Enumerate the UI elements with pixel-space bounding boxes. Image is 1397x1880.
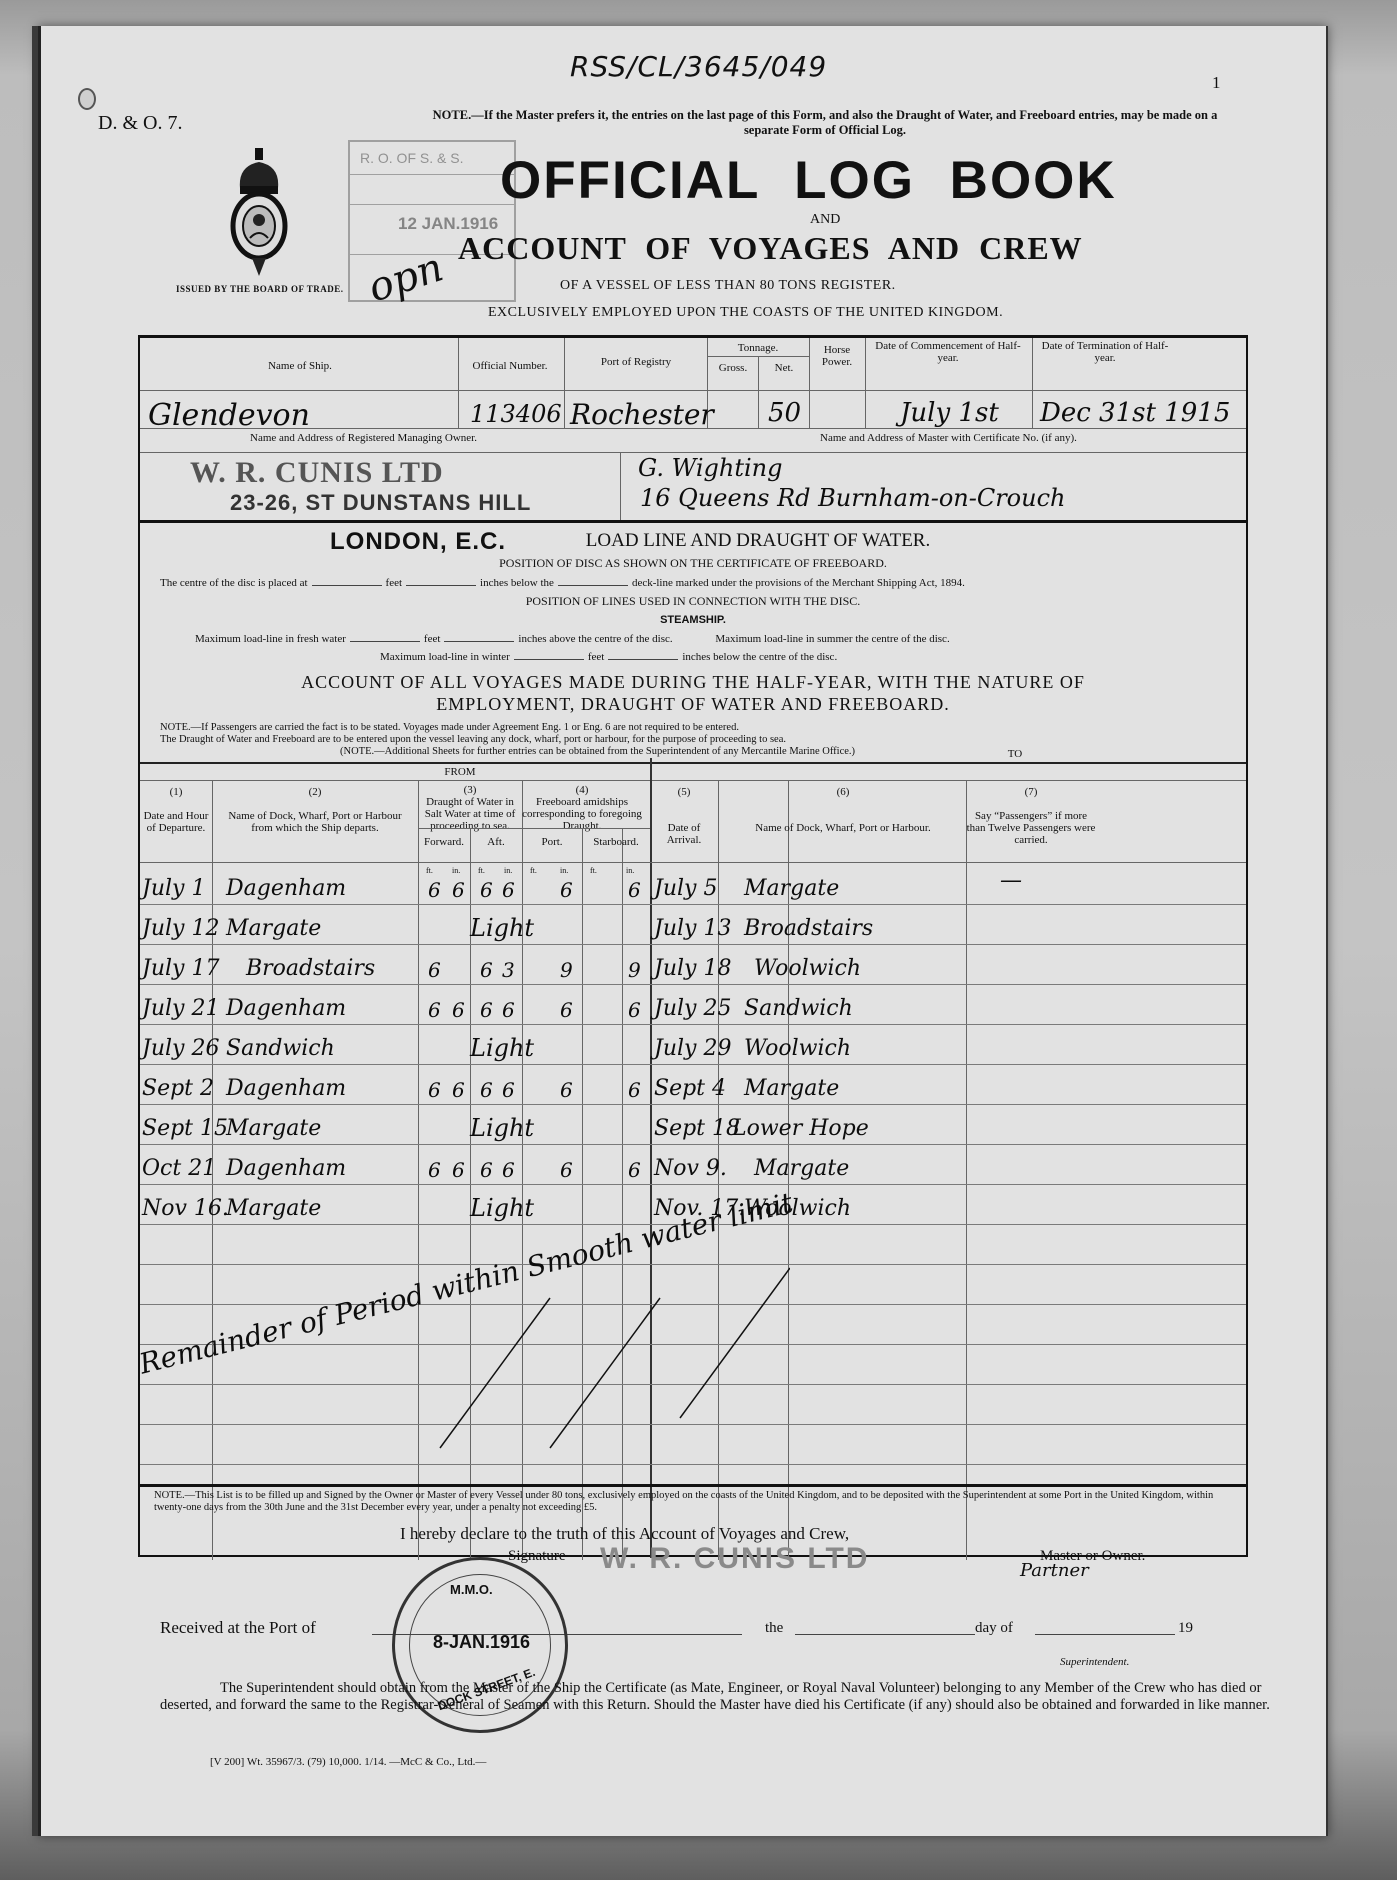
forward-ft: 6 xyxy=(428,958,441,982)
arrival-port: Sandwich xyxy=(744,996,853,1021)
port-in: 6 xyxy=(560,998,573,1022)
arrival-port: Woolwich xyxy=(744,1036,851,1061)
col-4-label: Freeboard amidships corresponding to for… xyxy=(522,796,642,832)
round-stamp-office: M.M.O. xyxy=(450,1582,493,1597)
fresh-feet-blank xyxy=(350,632,420,642)
sub-port: Port. xyxy=(522,836,582,848)
forward-ft: 6 xyxy=(428,998,441,1022)
account-heading-1: ACCOUNT OF ALL VOYAGES MADE DURING THE H… xyxy=(140,672,1246,693)
winter-feet-blank xyxy=(514,650,584,660)
unit-in: in. xyxy=(560,866,568,875)
received-day-blank xyxy=(795,1634,975,1635)
sub-aft: Aft. xyxy=(470,836,522,848)
document-subtitle-3: EXCLUSIVELY EMPLOYED UPON THE COASTS OF … xyxy=(488,305,1003,321)
winter-text: Maximum load-line in winter xyxy=(380,651,510,663)
forward-ft: 6 xyxy=(428,1158,441,1182)
declaration: I hereby declare to the truth of this Ac… xyxy=(400,1524,849,1544)
unit-ft: ft. xyxy=(478,866,485,875)
disc-inches-blank xyxy=(406,576,476,586)
aft-in: 3 xyxy=(502,958,515,982)
disc-feet-label: feet xyxy=(386,577,402,589)
forward-in: 6 xyxy=(452,878,465,902)
col-4-header: (4)Freeboard amidships corresponding to … xyxy=(522,784,642,832)
printer-line: [V 200] Wt. 35967/3. (79) 10,000. 1/14. … xyxy=(210,1756,486,1768)
draught-light: Light xyxy=(470,1114,534,1142)
disc-feet-blank xyxy=(312,576,382,586)
departure-date: Sept 15 xyxy=(142,1116,228,1141)
draught-light: Light xyxy=(470,1194,534,1222)
aft-ft: 6 xyxy=(480,1158,493,1182)
to-label: TO xyxy=(780,748,1250,760)
deck-line-text: deck-line marked under the provisions of… xyxy=(632,577,965,589)
departure-date: July 12 xyxy=(142,916,219,941)
unit-ft: ft. xyxy=(530,866,537,875)
forward-ft: 6 xyxy=(428,1078,441,1102)
owner-stamp-address: 23-26, ST DUNSTANS HILL xyxy=(230,490,531,516)
departure-port: Dagenham xyxy=(226,876,346,901)
col-5-header: (5)Date of Arrival. xyxy=(650,786,718,846)
aft-in: 6 xyxy=(502,878,515,902)
commencement-value: July 1st xyxy=(900,398,999,428)
top-note: NOTE.—If the Master prefers it, the entr… xyxy=(410,108,1240,138)
disc-heading: POSITION OF DISC AS SHOWN ON THE CERTIFI… xyxy=(140,556,1246,571)
official-number-value: 113406 xyxy=(470,400,562,428)
summer-text: Maximum load-line in summer the centre o… xyxy=(715,633,949,645)
signature-stamp: W. R. CUNIS LTD xyxy=(600,1542,869,1576)
disc-inches-label: inches below the xyxy=(480,577,554,589)
forward-in: 6 xyxy=(452,1078,465,1102)
departure-port: Dagenham xyxy=(226,1156,346,1181)
arrival-port: Margate xyxy=(744,876,839,901)
departure-port: Margate xyxy=(226,1196,321,1221)
fresh-inches-blank xyxy=(444,632,514,642)
col-5-num: (5) xyxy=(678,786,691,798)
starboard-in: 6 xyxy=(628,878,641,902)
col-1-header: (1)Date and Hour of Departure. xyxy=(140,786,212,834)
superintendent-label: Superintendent. xyxy=(1060,1656,1129,1668)
col-1-num: (1) xyxy=(170,786,183,798)
lines-heading: POSITION OF LINES USED IN CONNECTION WIT… xyxy=(140,594,1246,609)
sub-starboard: Starboard. xyxy=(582,836,650,848)
forward-in: 6 xyxy=(452,1158,465,1182)
port-of-registry-value: Rochester xyxy=(570,398,714,431)
starboard-in: 6 xyxy=(628,1078,641,1102)
arrival-port: Margate xyxy=(744,1076,839,1101)
starboard-in: 9 xyxy=(628,958,641,982)
form-code: D. & O. 7. xyxy=(98,112,182,135)
col-6-header: (6)Name of Dock, Wharf, Port or Harbour. xyxy=(720,786,966,834)
disc-position-line: The centre of the disc is placed atfeeti… xyxy=(160,576,965,589)
royal-crest-icon xyxy=(230,148,288,278)
received-the-label: the xyxy=(765,1620,783,1637)
received-month-blank xyxy=(1035,1634,1175,1635)
steamship-label: STEAMSHIP. xyxy=(140,614,1246,626)
owner-label: Name and Address of Registered Managing … xyxy=(250,432,477,444)
master-label: Name and Address of Master with Certific… xyxy=(820,432,1077,444)
port-in: 6 xyxy=(560,1078,573,1102)
account-note-1: NOTE.—If Passengers are carried the fact… xyxy=(160,722,739,734)
winter-inches-blank xyxy=(608,650,678,660)
col-3-header: (3)Draught of Water in Salt Water at tim… xyxy=(418,784,522,832)
port-in: 9 xyxy=(560,958,573,982)
col-termination: Date of Termination of Half-year. xyxy=(1035,340,1175,364)
strikethrough-lines-icon xyxy=(430,1258,790,1458)
from-label: FROM xyxy=(140,766,780,778)
departure-port: Sandwich xyxy=(226,1036,335,1061)
departure-date: Sept 2 xyxy=(142,1076,214,1101)
departure-date: July 1 xyxy=(142,876,205,901)
col-7-label: Say “Passengers” if more than Twelve Pas… xyxy=(967,810,1096,846)
unit-in: in. xyxy=(626,866,634,875)
passengers: — xyxy=(1000,868,1022,893)
departure-date: July 26 xyxy=(142,1036,219,1061)
forward-in: 6 xyxy=(452,998,465,1022)
arrival-date: July 29 xyxy=(654,1036,731,1061)
unit-ft: ft. xyxy=(426,866,433,875)
archive-reference: RSS/CL/3645/049 xyxy=(570,50,827,83)
col-commencement: Date of Commencement of Half-year. xyxy=(868,340,1028,364)
departure-port: Margate xyxy=(226,1116,321,1141)
aft-ft: 6 xyxy=(480,958,493,982)
arrival-date: July 13 xyxy=(654,916,731,941)
col-2-header: (2)Name of Dock, Wharf, Port or Harbour … xyxy=(220,786,410,834)
sub-forward: Forward. xyxy=(418,836,470,848)
arrival-date: July 25 xyxy=(654,996,731,1021)
arrival-port: Broadstairs xyxy=(744,916,873,941)
departure-date: Nov 16. xyxy=(142,1196,229,1221)
net-tonnage-value: 50 xyxy=(768,398,801,428)
arrival-port: Woolwich xyxy=(754,956,861,981)
fresh-inches-label: inches above the centre of the disc. xyxy=(518,633,672,645)
col-1-label: Date and Hour of Departure. xyxy=(144,810,209,834)
fresh-feet-label: feet xyxy=(424,633,440,645)
departure-port: Margate xyxy=(226,916,321,941)
col-official-number: Official Number. xyxy=(460,360,560,372)
arrival-port: Margate xyxy=(754,1156,849,1181)
account-heading-2: EMPLOYMENT, DRAUGHT OF WATER AND FREEBOA… xyxy=(140,694,1246,715)
superintendent-note: The Superintendent should obtain from th… xyxy=(160,1680,1270,1714)
round-stamp-date: 8-JAN.1916 xyxy=(433,1632,530,1653)
unit-ft: ft. xyxy=(590,866,597,875)
col-gross: Gross. xyxy=(708,362,758,374)
owner-stamp-name: W. R. CUNIS LTD xyxy=(190,456,444,490)
col-7-num: (7) xyxy=(1025,786,1038,798)
document-subtitle-2: OF A VESSEL OF LESS THAN 80 TONS REGISTE… xyxy=(560,278,896,294)
received-year-prefix: 19 xyxy=(1178,1620,1193,1637)
col-2-num: (2) xyxy=(309,786,322,798)
received-day-label: day of xyxy=(975,1620,1013,1637)
forward-ft: 6 xyxy=(428,878,441,902)
termination-value: Dec 31st 1915 xyxy=(1040,398,1230,428)
arrival-port: Lower Hope xyxy=(732,1116,869,1141)
winter-feet-label: feet xyxy=(588,651,604,663)
load-line-title: LOAD LINE AND DRAUGHT OF WATER. xyxy=(140,530,1246,552)
col-6-num: (6) xyxy=(837,786,850,798)
col-tonnage: Tonnage. xyxy=(708,342,808,354)
signature-label: Signature xyxy=(508,1548,566,1565)
aft-ft: 6 xyxy=(480,878,493,902)
account-note-3: (NOTE.—Additional Sheets for further ent… xyxy=(340,746,855,758)
col-3-label: Draught of Water in Salt Water at time o… xyxy=(425,796,516,832)
col-5-label: Date of Arrival. xyxy=(667,822,702,846)
col-net: Net. xyxy=(759,362,809,374)
disc-text: The centre of the disc is placed at xyxy=(160,577,308,589)
fresh-water-line: Maximum load-line in fresh waterfeetinch… xyxy=(195,632,950,645)
account-note-2: The Draught of Water and Freeboard are t… xyxy=(160,734,786,746)
departure-port: Broadstairs xyxy=(246,956,375,981)
title-and: AND xyxy=(810,212,840,228)
page-number: 1 xyxy=(1212,73,1221,93)
departure-port: Dagenham xyxy=(226,996,346,1021)
aft-ft: 6 xyxy=(480,1078,493,1102)
col-6-label: Name of Dock, Wharf, Port or Harbour. xyxy=(755,822,930,834)
aft-in: 6 xyxy=(502,998,515,1022)
col-port-of-registry: Port of Registry xyxy=(566,356,706,368)
col-3-num: (3) xyxy=(464,784,477,796)
aft-in: 6 xyxy=(502,1158,515,1182)
document-title: OFFICIAL LOG BOOK xyxy=(500,150,1117,211)
master-name-value: G. Wighting xyxy=(638,454,782,482)
aft-in: 6 xyxy=(502,1078,515,1102)
issued-by-label: ISSUED BY THE BOARD OF TRADE. xyxy=(176,284,344,294)
arrival-date: Sept 4 xyxy=(654,1076,726,1101)
departure-date: July 17 xyxy=(142,956,219,981)
col-2-label: Name of Dock, Wharf, Port or Harbour fro… xyxy=(228,810,401,834)
fresh-text: Maximum load-line in fresh water xyxy=(195,633,346,645)
received-port-label: Received at the Port of xyxy=(160,1618,316,1638)
arrival-date: Nov 9. xyxy=(654,1156,727,1181)
deck-blank xyxy=(558,576,628,586)
received-stamp-office: R. O. OF S. & S. xyxy=(360,150,463,166)
port-in: 6 xyxy=(560,1158,573,1182)
document-subtitle: ACCOUNT OF VOYAGES AND CREW xyxy=(458,230,1083,267)
winter-inches-label: inches below the centre of the disc. xyxy=(682,651,837,663)
starboard-in: 6 xyxy=(628,998,641,1022)
col-horse-power: Horse Power. xyxy=(812,344,862,368)
starboard-in: 6 xyxy=(628,1158,641,1182)
unit-in: in. xyxy=(504,866,512,875)
unit-in: in. xyxy=(452,866,460,875)
departure-port: Dagenham xyxy=(226,1076,346,1101)
col-7-header: (7)Say “Passengers” if more than Twelve … xyxy=(966,786,1096,846)
arrival-date: July 18 xyxy=(654,956,731,981)
departure-date: Oct 21 xyxy=(142,1156,216,1181)
port-in: 6 xyxy=(560,878,573,902)
winter-line: Maximum load-line in winterfeetinches be… xyxy=(380,650,837,663)
departure-date: July 21 xyxy=(142,996,219,1021)
arrival-date: July 5 xyxy=(654,876,717,901)
ship-details-header: Name of Ship. Official Number. Port of R… xyxy=(140,338,1246,390)
bottom-note: NOTE.—This List is to be filled up and S… xyxy=(154,1490,1234,1514)
aft-ft: 6 xyxy=(480,998,493,1022)
form-frame: Name of Ship. Official Number. Port of R… xyxy=(138,335,1248,1557)
arrival-date: Sept 18 xyxy=(654,1116,740,1141)
master-address-value: 16 Queens Rd Burnham-on-Crouch xyxy=(640,484,1065,512)
signature-handwriting: Partner xyxy=(1020,1560,1089,1581)
draught-light: Light xyxy=(470,1034,534,1062)
draught-light: Light xyxy=(470,914,534,942)
punch-hole xyxy=(78,88,96,110)
col-4-num: (4) xyxy=(576,784,589,796)
col-name-of-ship: Name of Ship. xyxy=(160,360,440,372)
